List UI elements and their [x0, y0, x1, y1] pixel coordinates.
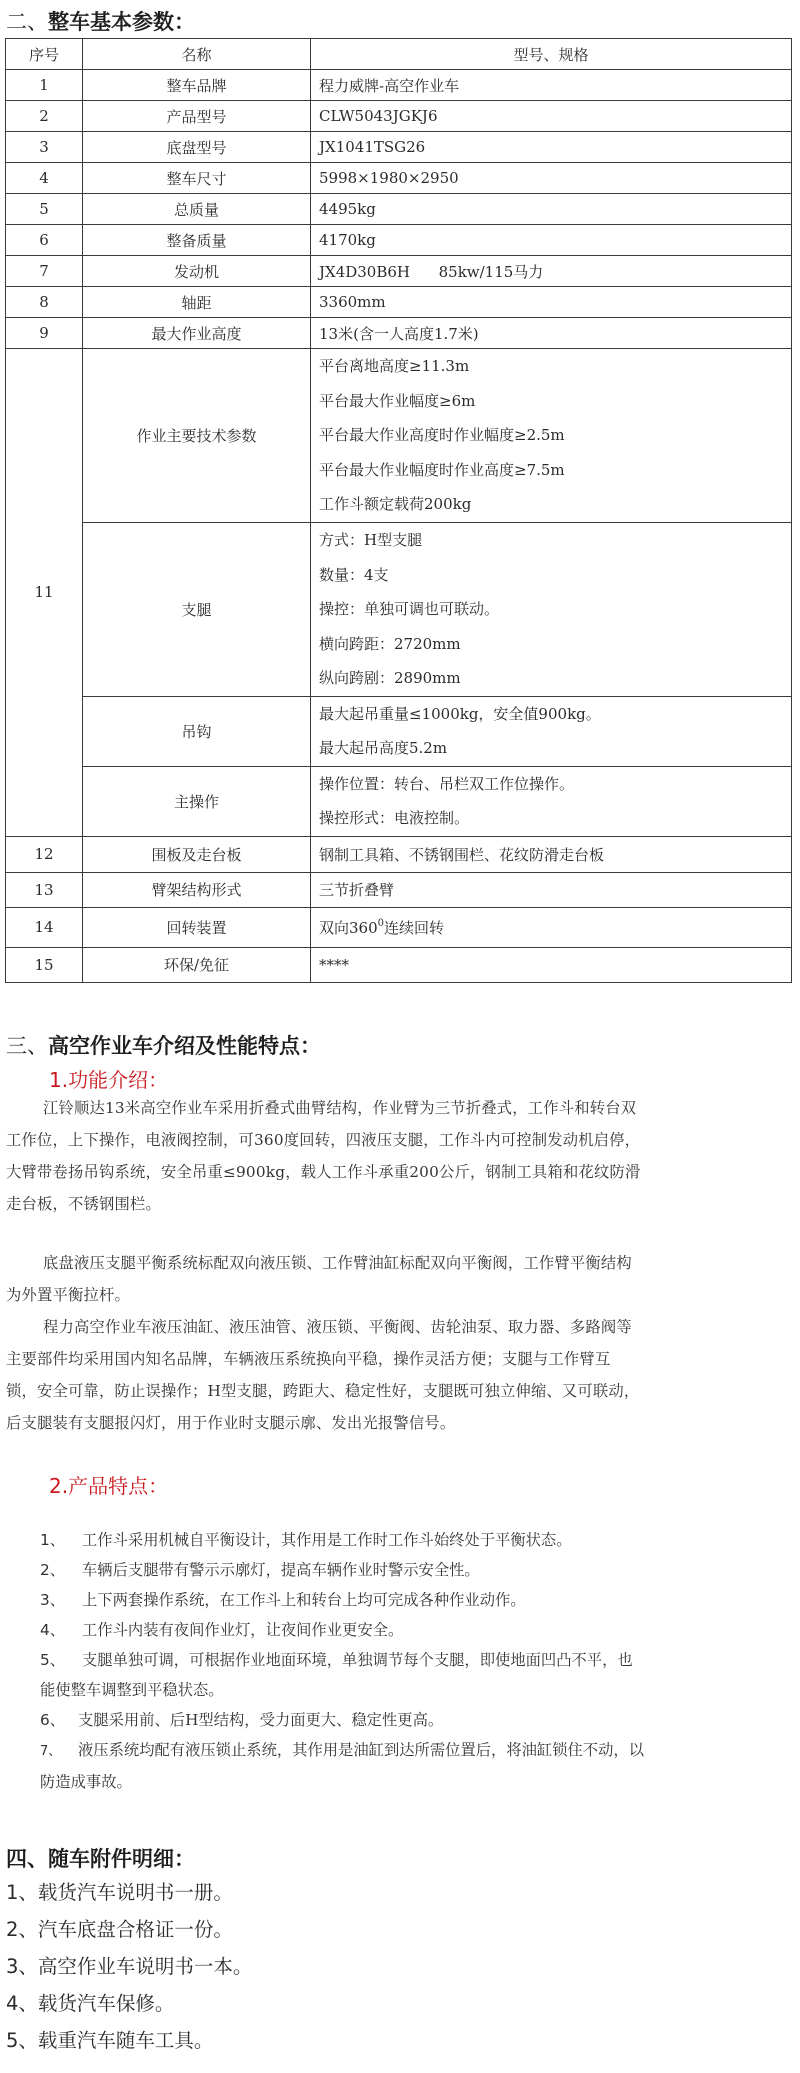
- feature-text: 工作斗内装有夜间作业灯，让夜间作业更安全。: [82, 1621, 403, 1639]
- spec-text: 连续回转: [384, 919, 444, 937]
- feature-text: 车辆后支腿带有警示示廓灯，提高车辆作业时警示安全性。: [82, 1561, 480, 1579]
- feature-item: 6、支腿采用前、后H型结构，受力面更大、稳定性更高。: [40, 1705, 800, 1735]
- paragraph-line: 走台板，不锈钢围栏。: [6, 1188, 796, 1220]
- row-spec: JX4D30B6H 85kw/115马力: [311, 256, 792, 287]
- spec-line: 平台最大作业幅度时作业高度≥7.5m: [319, 453, 791, 488]
- accessory-item: 5、载重汽车随车工具。: [6, 2022, 252, 2059]
- group-lines: 最大起吊重量≤1000kg，安全值900kg。 最大起吊高度5.2m: [311, 696, 792, 766]
- section-heading-params: 二、整车基本参数：: [6, 6, 195, 36]
- group-name: 作业主要技术参数: [83, 349, 311, 523]
- row-name: 整备质量: [83, 225, 311, 256]
- row-name: 围板及走台板: [83, 836, 311, 872]
- spec-line: 操控形式：电液控制。: [319, 801, 791, 836]
- row-spec: ****: [311, 947, 792, 982]
- row-spec: 4170kg: [311, 225, 792, 256]
- table-header-row: 序号 名称 型号、规格: [6, 39, 792, 70]
- intro-paragraph-3: 程力高空作业车液压油缸、液压油管、液压锁、平衡阀、齿轮油泵、取力器、多路阀等 主…: [6, 1311, 796, 1439]
- feature-item: 3、上下两套操作系统，在工作斗上和转台上均可完成各种作业动作。: [40, 1585, 800, 1615]
- row-no: 4: [6, 163, 83, 194]
- row-no: 5: [6, 194, 83, 225]
- function-heading: 1.功能介绍：: [49, 1064, 168, 1093]
- section-title: 整车基本参数：: [48, 10, 195, 34]
- table-row: 12围板及走台板钢制工具箱、不锈钢围栏、花纹防滑走台板: [6, 836, 792, 872]
- paragraph-line: 主要部件均采用国内知名品牌，车辆液压系统换向平稳，操作灵活方便；支腿与工作臂互: [6, 1343, 796, 1375]
- paragraph-line: 底盘液压支腿平衡系统标配双向液压锁、工作臂油缸标配双向平衡阀，工作臂平衡结构: [6, 1247, 796, 1279]
- section-heading-accessories: 四、随车附件明细：: [6, 1843, 195, 1873]
- row-no: 9: [6, 318, 83, 349]
- row-name: 总质量: [83, 194, 311, 225]
- section-number: 四、: [6, 1847, 48, 1871]
- spec-line: 工作斗额定载荷200kg: [319, 487, 791, 522]
- row-spec: JX1041TSG26: [311, 132, 792, 163]
- intro-paragraph-2: 底盘液压支腿平衡系统标配双向液压锁、工作臂油缸标配双向平衡阀，工作臂平衡结构 为…: [6, 1247, 796, 1311]
- table-row-11-group-legs: 支腿 方式：H型支腿 数量：4支 操控：单独可调也可联动。 横向跨距：2720m…: [6, 522, 792, 696]
- row-name: 最大作业高度: [83, 318, 311, 349]
- row-name: 臂架结构形式: [83, 872, 311, 907]
- feature-item-continuation: 防造成事故。: [40, 1767, 800, 1797]
- feature-text: 液压系统均配有液压锁止系统，其作用是油缸到达所需位置后，将油缸锁住不动，以: [78, 1741, 644, 1759]
- group-lines: 方式：H型支腿 数量：4支 操控：单独可调也可联动。 横向跨距：2720mm 纵…: [311, 522, 792, 696]
- feature-item: 4、工作斗内装有夜间作业灯，让夜间作业更安全。: [40, 1615, 800, 1645]
- feature-item: 1、工作斗采用机械自平衡设计，其作用是工作时工作斗始终处于平衡状态。: [40, 1525, 800, 1555]
- feature-item: 5、支腿单独可调，可根据作业地面环境，单独调节每个支腿，即使地面凹凸不平，也: [40, 1645, 800, 1675]
- spec-line: 方式：H型支腿: [319, 523, 791, 558]
- spec-line: 平台离地高度≥11.3m: [319, 349, 791, 384]
- row-spec: 双向3600连续回转: [311, 907, 792, 947]
- row-no: 14: [6, 907, 83, 947]
- feature-item: 2、车辆后支腿带有警示示廓灯，提高车辆作业时警示安全性。: [40, 1555, 800, 1585]
- accessory-item: 2、汽车底盘合格证一份。: [6, 1911, 252, 1948]
- row-spec: 钢制工具箱、不锈钢围栏、花纹防滑走台板: [311, 836, 792, 872]
- feature-number: 6、: [40, 1705, 78, 1735]
- row-spec: 13米(含一人高度1.7米): [311, 318, 792, 349]
- row-spec: 程力威牌-高空作业车: [311, 70, 792, 101]
- table-row-11-group-main-op: 主操作 操作位置：转台、吊栏双工作位操作。 操控形式：电液控制。: [6, 766, 792, 836]
- table-row: 8轴距3360mm: [6, 287, 792, 318]
- feature-item-continuation: 能使整车调整到平稳状态。: [40, 1675, 800, 1705]
- row-no: 11: [6, 349, 83, 837]
- table-row: 13臂架结构形式三节折叠臂: [6, 872, 792, 907]
- table-row: 5总质量4495kg: [6, 194, 792, 225]
- section-title: 高空作业车介绍及性能特点：: [48, 1034, 321, 1058]
- row-name: 发动机: [83, 256, 311, 287]
- feature-number: 4、: [40, 1615, 82, 1645]
- paragraph-line: 江铃顺达13米高空作业车采用折叠式曲臂结构，作业臂为三节折叠式，工作斗和转台双: [6, 1092, 796, 1124]
- feature-item: 7、液压系统均配有液压锁止系统，其作用是油缸到达所需位置后，将油缸锁住不动，以: [40, 1735, 800, 1767]
- table-row: 9最大作业高度13米(含一人高度1.7米): [6, 318, 792, 349]
- row-spec: 5998×1980×2950: [311, 163, 792, 194]
- row-no: 13: [6, 872, 83, 907]
- paragraph-line: 锁，安全可靠，防止误操作；H型支腿，跨距大、稳定性好，支腿既可独立伸缩、又可联动…: [6, 1375, 796, 1407]
- header-no: 序号: [6, 39, 83, 70]
- table-row: 7发动机JX4D30B6H 85kw/115马力: [6, 256, 792, 287]
- row-spec: CLW5043JGKJ6: [311, 101, 792, 132]
- row-spec: 三节折叠臂: [311, 872, 792, 907]
- spec-line: 最大起吊高度5.2m: [319, 731, 791, 766]
- spec-line: 最大起吊重量≤1000kg，安全值900kg。: [319, 697, 791, 732]
- spec-line: 数量：4支: [319, 558, 791, 593]
- paragraph-line: 程力高空作业车液压油缸、液压油管、液压锁、平衡阀、齿轮油泵、取力器、多路阀等: [6, 1311, 796, 1343]
- paragraph-line: 工作位，上下操作，电液阀控制，可360度回转，四液压支腿，工作斗内可控制发动机启…: [6, 1124, 796, 1156]
- feature-text: 支腿采用前、后H型结构，受力面更大、稳定性更高。: [78, 1711, 443, 1729]
- row-no: 12: [6, 836, 83, 872]
- row-no: 15: [6, 947, 83, 982]
- section-heading-intro: 三、高空作业车介绍及性能特点：: [6, 1030, 321, 1060]
- table-row: 3底盘型号JX1041TSG26: [6, 132, 792, 163]
- feature-number: 5、: [40, 1645, 82, 1675]
- accessory-item: 1、载货汽车说明书一册。: [6, 1874, 252, 1911]
- header-spec: 型号、规格: [311, 39, 792, 70]
- spec-line: 平台最大作业幅度≥6m: [319, 384, 791, 419]
- paragraph-line: 后支腿装有支腿报闪灯，用于作业时支腿示廓、发出光报警信号。: [6, 1407, 796, 1439]
- intro-paragraph-1: 江铃顺达13米高空作业车采用折叠式曲臂结构，作业臂为三节折叠式，工作斗和转台双 …: [6, 1092, 796, 1220]
- table-row-11-group-hook: 吊钩 最大起吊重量≤1000kg，安全值900kg。 最大起吊高度5.2m: [6, 696, 792, 766]
- row-name: 整车品牌: [83, 70, 311, 101]
- row-name: 回转装置: [83, 907, 311, 947]
- row-name: 轴距: [83, 287, 311, 318]
- row-spec: 3360mm: [311, 287, 792, 318]
- spec-line: 操控：单独可调也可联动。: [319, 592, 791, 627]
- feature-number: 3、: [40, 1585, 82, 1615]
- section-number: 三、: [6, 1034, 48, 1058]
- row-name: 环保/免征: [83, 947, 311, 982]
- group-lines: 操作位置：转台、吊栏双工作位操作。 操控形式：电液控制。: [311, 766, 792, 836]
- feature-number: 1、: [40, 1525, 82, 1555]
- feature-text: 工作斗采用机械自平衡设计，其作用是工作时工作斗始终处于平衡状态。: [82, 1531, 572, 1549]
- feature-text: 上下两套操作系统，在工作斗上和转台上均可完成各种作业动作。: [82, 1591, 526, 1609]
- table-row: 15环保/免征****: [6, 947, 792, 982]
- group-name: 吊钩: [83, 696, 311, 766]
- section-title: 随车附件明细：: [48, 1847, 195, 1871]
- row-no: 6: [6, 225, 83, 256]
- accessory-item: 4、载货汽车保修。: [6, 1985, 252, 2022]
- table-row: 4整车尺寸5998×1980×2950: [6, 163, 792, 194]
- table-row: 1整车品牌程力威牌-高空作业车: [6, 70, 792, 101]
- spec-line: 平台最大作业高度时作业幅度≥2.5m: [319, 418, 791, 453]
- header-name: 名称: [83, 39, 311, 70]
- row-no: 8: [6, 287, 83, 318]
- spec-line: 纵向跨剧：2890mm: [319, 661, 791, 696]
- row-name: 底盘型号: [83, 132, 311, 163]
- table-row: 2产品型号CLW5043JGKJ6: [6, 101, 792, 132]
- row-no: 2: [6, 101, 83, 132]
- table-row-11-group-work: 11 作业主要技术参数 平台离地高度≥11.3m 平台最大作业幅度≥6m 平台最…: [6, 349, 792, 523]
- paragraph-line: 大臂带卷扬吊钩系统，安全吊重≤900kg，载人工作斗承重200公斤，钢制工具箱和…: [6, 1156, 796, 1188]
- accessory-item: 3、高空作业车说明书一本。: [6, 1948, 252, 1985]
- features-list: 1、工作斗采用机械自平衡设计，其作用是工作时工作斗始终处于平衡状态。 2、车辆后…: [40, 1525, 800, 1797]
- features-heading: 2.产品特点：: [49, 1470, 168, 1499]
- paragraph-line: 为外置平衡拉杆。: [6, 1279, 796, 1311]
- row-no: 1: [6, 70, 83, 101]
- table-row: 6整备质量4170kg: [6, 225, 792, 256]
- group-name: 支腿: [83, 522, 311, 696]
- table-row: 14回转装置双向3600连续回转: [6, 907, 792, 947]
- group-name: 主操作: [83, 766, 311, 836]
- row-no: 3: [6, 132, 83, 163]
- feature-number: 2、: [40, 1555, 82, 1585]
- group-lines: 平台离地高度≥11.3m 平台最大作业幅度≥6m 平台最大作业高度时作业幅度≥2…: [311, 349, 792, 523]
- accessories-list: 1、载货汽车说明书一册。 2、汽车底盘合格证一份。 3、高空作业车说明书一本。 …: [6, 1874, 252, 2059]
- row-name: 整车尺寸: [83, 163, 311, 194]
- section-number: 二、: [6, 10, 48, 34]
- spec-table: 序号 名称 型号、规格 1整车品牌程力威牌-高空作业车 2产品型号CLW5043…: [5, 38, 792, 983]
- row-name: 产品型号: [83, 101, 311, 132]
- spec-line: 操作位置：转台、吊栏双工作位操作。: [319, 767, 791, 802]
- row-spec: 4495kg: [311, 194, 792, 225]
- spec-line: 横向跨距：2720mm: [319, 627, 791, 662]
- spec-text: 双向360: [319, 919, 378, 937]
- feature-number: 7、: [40, 1737, 78, 1767]
- feature-text: 支腿单独可调，可根据作业地面环境，单独调节每个支腿，即使地面凹凸不平，也: [82, 1651, 633, 1669]
- row-no: 7: [6, 256, 83, 287]
